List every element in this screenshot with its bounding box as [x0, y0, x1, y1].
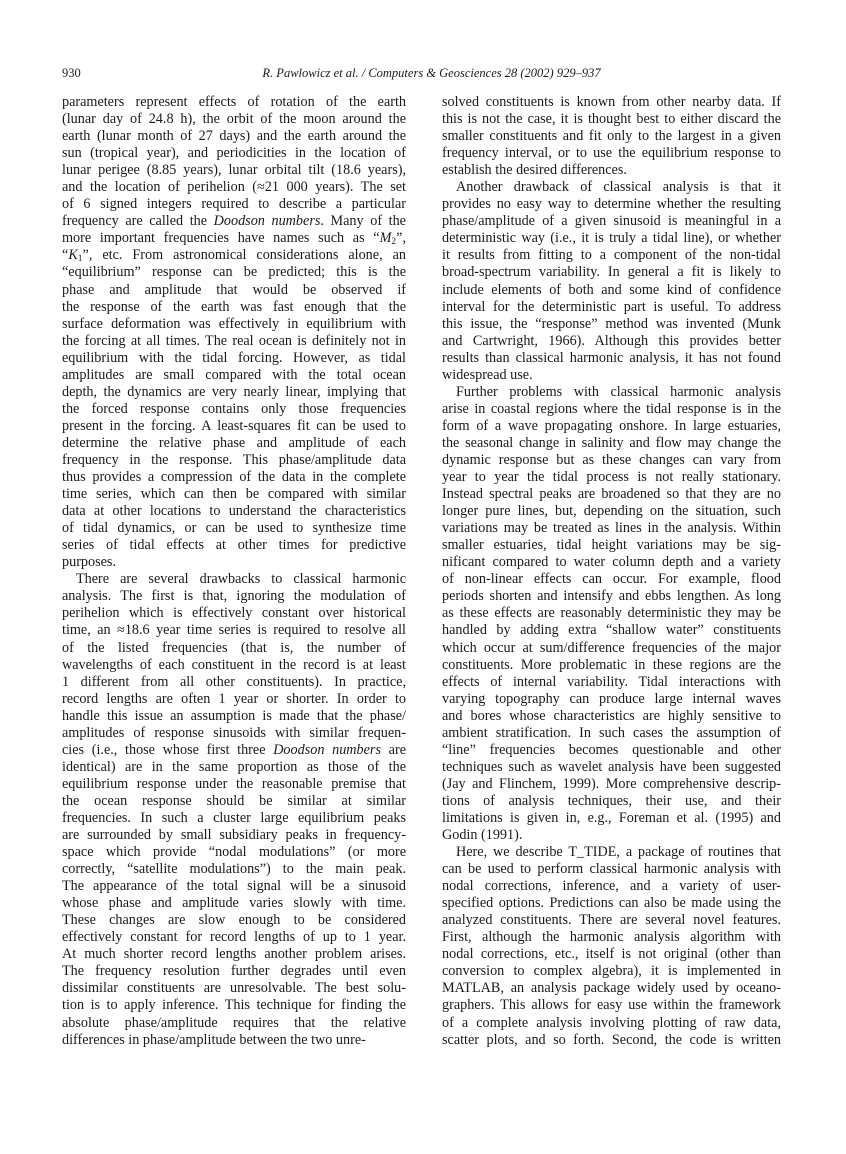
text-line: conversion to complex algebra), it is im…	[442, 963, 781, 980]
text-line: and bores whose characteristics are high…	[442, 708, 781, 725]
text-line: solved constituents is known from other …	[442, 94, 781, 111]
text-line: time series, which can then be compared …	[62, 486, 406, 503]
text-line: surface deformation was effectively in e…	[62, 316, 406, 333]
text-line: periods shorten and intensify and ebbs l…	[442, 588, 781, 605]
text-line: equilibrium with the tidal forcing. Howe…	[62, 350, 406, 367]
text-line: the ocean response should be similar at …	[62, 793, 406, 810]
text-line: These changes are slow enough to be cons…	[62, 912, 406, 929]
text-line: arise in coastal regions where the tidal…	[442, 401, 781, 418]
text-line: “line” frequencies becomes questionable …	[442, 742, 781, 759]
text-line: thus provides a compression of the data …	[62, 469, 406, 486]
text-line: Further problems with classical harmonic…	[442, 384, 781, 401]
text-line: “K1”, etc. From astronomical considerati…	[62, 247, 406, 264]
text-line: wavelengths of each constituent in the r…	[62, 657, 406, 674]
text-line: widespread use.	[442, 367, 781, 384]
text-line: Instead spectral peaks are broadened so …	[442, 486, 781, 503]
text-line: series of tidal effects at other times f…	[62, 537, 406, 554]
text-line: (lunar day of 24.8 h), the orbit of the …	[62, 111, 406, 128]
text-line: frequencies. In such a cluster large equ…	[62, 810, 406, 827]
text-line: year to year the tidal process is not re…	[442, 469, 781, 486]
text-line: interval for the deterministic part is u…	[442, 299, 781, 316]
text-line: techniques such as wavelet analysis have…	[442, 759, 781, 776]
text-line: frequency interval, or to use the equili…	[442, 145, 781, 162]
running-header: 930 R. Pawlowicz et al. / Computers & Ge…	[62, 66, 781, 84]
text-line: provides no easy way to determine whethe…	[442, 196, 781, 213]
text-line: sun (tropical year), and periodicities i…	[62, 145, 406, 162]
text-line: purposes.	[62, 554, 406, 571]
text-line: the response of the earth was fast enoug…	[62, 299, 406, 316]
text-line: equilibrium response under the reasonabl…	[62, 776, 406, 793]
text-line: frequency in the response. This phase/am…	[62, 452, 406, 469]
text-line: data at other locations to understand th…	[62, 503, 406, 520]
text-line: Another drawback of classical analysis i…	[442, 179, 781, 196]
text-line: scatter plots, and so forth. Second, the…	[442, 1032, 781, 1049]
text-line: and the location of perihelion (≈21 000 …	[62, 179, 406, 196]
text-line: MATLAB, an analysis package widely used …	[442, 980, 781, 997]
text-line: Godin (1991).	[442, 827, 781, 844]
text-line: cies (i.e., those whose first three Dood…	[62, 742, 406, 759]
text-line: the forcing at all times. The real ocean…	[62, 333, 406, 350]
text-line: First, although the harmonic analysis al…	[442, 929, 781, 946]
text-line: amplitudes of response sinusoids with si…	[62, 725, 406, 742]
text-line: of tidal dynamics, or can be used to syn…	[62, 520, 406, 537]
text-line: There are several drawbacks to classical…	[62, 571, 406, 588]
text-line: absolute phase/amplitude requires that t…	[62, 1015, 406, 1032]
text-line: present in the forcing. A least-squares …	[62, 418, 406, 435]
right-column: solved constituents is known from other …	[442, 94, 781, 1049]
text-line: effects of internal variability. Tidal i…	[442, 674, 781, 691]
text-line: space which provide “nodal modulations” …	[62, 844, 406, 861]
text-line: handle this issue an assumption is made …	[62, 708, 406, 725]
text-line: smaller estuaries, tidal height variatio…	[442, 537, 781, 554]
text-line: amplitudes are small compared with the t…	[62, 367, 406, 384]
text-line: nificant compared to water column depth …	[442, 554, 781, 571]
text-line: differences in phase/amplitude between t…	[62, 1032, 406, 1049]
text-line: it results from fitting to a component o…	[442, 247, 781, 264]
text-line: Here, we describe T_TIDE, a package of r…	[442, 844, 781, 861]
text-line: determine the relative phase and amplitu…	[62, 435, 406, 452]
text-line: earth (lunar month of 27 days) and the e…	[62, 128, 406, 145]
text-line: are surrounded by small subsidiary peaks…	[62, 827, 406, 844]
text-line: of non-linear effects can occur. For exa…	[442, 571, 781, 588]
text-line: nodal corrections, etc., itself is not o…	[442, 946, 781, 963]
text-line: form of a wave propagating onshore. In l…	[442, 418, 781, 435]
text-line: can be used to perform classical harmoni…	[442, 861, 781, 878]
text-line: the seasonal change in salinity and flow…	[442, 435, 781, 452]
text-line: and Cartwright, 1966). Although this pro…	[442, 333, 781, 350]
text-line: 1 different from all other constituents)…	[62, 674, 406, 691]
text-line: analyzed constituents. There are several…	[442, 912, 781, 929]
text-line: deterministic way (i.e., it is truly a t…	[442, 230, 781, 247]
text-line: handled by adding extra “shallow water” …	[442, 622, 781, 639]
text-line: “equilibrium” response can be predicted;…	[62, 264, 406, 281]
text-line: this is not the case, it is thought best…	[442, 111, 781, 128]
text-line: longer pure lines, but, depending on the…	[442, 503, 781, 520]
text-line: include elements of both and some kind o…	[442, 282, 781, 299]
text-line: graphers. This allows for easy use withi…	[442, 997, 781, 1014]
text-line: effectively constant for record lengths …	[62, 929, 406, 946]
text-line: dissimilar constituents are unresolvable…	[62, 980, 406, 997]
text-line: analysis. The first is that, ignoring th…	[62, 588, 406, 605]
text-line: varying topography can produce large int…	[442, 691, 781, 708]
text-line: which occur at sum/difference frequencie…	[442, 640, 781, 657]
text-line: of a complete analysis involving plottin…	[442, 1015, 781, 1032]
text-line: phase and amplitude that would be observ…	[62, 282, 406, 299]
journal-reference: R. Pawlowicz et al. / Computers & Geosci…	[62, 66, 781, 81]
text-line: correctly, “satellite modulations”) to t…	[62, 861, 406, 878]
text-line: as these effects are reasonably determin…	[442, 605, 781, 622]
text-line: The appearance of the total signal will …	[62, 878, 406, 895]
text-line: specified options. Predictions can also …	[442, 895, 781, 912]
text-line: smaller constituents and fit only to the…	[442, 128, 781, 145]
text-line: tions of analysis techniques, their use,…	[442, 793, 781, 810]
text-line: identical) are in the same proportion as…	[62, 759, 406, 776]
text-line: phase/amplitude of a given sinusoid is m…	[442, 213, 781, 230]
left-column: parameters represent effects of rotation…	[62, 94, 406, 1049]
text-line: tion is to apply inference. This techniq…	[62, 997, 406, 1014]
text-line: At much shorter record lengths another p…	[62, 946, 406, 963]
text-line: the forced response contains only those …	[62, 401, 406, 418]
text-line: constituents. More problematic in these …	[442, 657, 781, 674]
text-line: variations may be treated as lines in th…	[442, 520, 781, 537]
text-line: broad-spectrum variability. In general a…	[442, 264, 781, 281]
text-line: establish the desired differences.	[442, 162, 781, 179]
text-line: limitations is given in, e.g., Foreman e…	[442, 810, 781, 827]
text-line: of the listed frequencies (that is, the …	[62, 640, 406, 657]
text-line: results than classical harmonic analysis…	[442, 350, 781, 367]
text-line: record lengths are often 1 year or short…	[62, 691, 406, 708]
text-line: ambient stratification. In such cases th…	[442, 725, 781, 742]
text-line: parameters represent effects of rotation…	[62, 94, 406, 111]
text-line: dynamic response but as these changes ca…	[442, 452, 781, 469]
text-line: whose phase and amplitude varies slowly …	[62, 895, 406, 912]
text-line: perihelion which is effectively constant…	[62, 605, 406, 622]
text-line: more important frequencies have names su…	[62, 230, 406, 247]
text-line: The frequency resolution further degrade…	[62, 963, 406, 980]
text-line: frequency are called the Doodson numbers…	[62, 213, 406, 230]
text-line: this issue, the “response” method was in…	[442, 316, 781, 333]
text-line: depth, the dynamics are very nearly line…	[62, 384, 406, 401]
text-line: time, an ≈18.6 year time series is requi…	[62, 622, 406, 639]
text-line: of 6 signed integers required to describ…	[62, 196, 406, 213]
text-line: nodal corrections, inference, and a vari…	[442, 878, 781, 895]
text-line: (Jay and Flinchem, 1999). More comprehen…	[442, 776, 781, 793]
text-line: lunar perigee (8.85 years), lunar orbita…	[62, 162, 406, 179]
